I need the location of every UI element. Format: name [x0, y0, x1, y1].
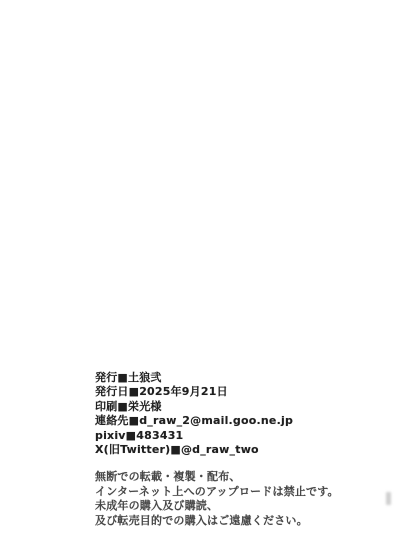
printer-line: 印刷■栄光様: [95, 400, 339, 414]
notice-line-no-reproduction: 無断での転載・複製・配布、: [95, 470, 339, 484]
scanned-colophon-page: 発行■土狼弐 発行日■2025年9月21日 印刷■栄光様 連絡先■d_raw_2…: [0, 0, 400, 556]
scan-edge-artifact: [386, 492, 391, 505]
notice-line-no-minors: 未成年の購入及び購読、: [95, 499, 339, 513]
legal-notice-block: 無断での転載・複製・配布、 インターネット上へのアップロードは禁止です。 未成年…: [95, 470, 339, 528]
pixiv-id-line: pixiv■483431: [95, 429, 339, 443]
publisher-line: 発行■土狼弐: [95, 371, 339, 385]
x-account-line: X(旧Twitter)■@d_raw_two: [95, 443, 339, 457]
contact-email-line: 連絡先■d_raw_2@mail.goo.ne.jp: [95, 414, 339, 428]
publish-date-line: 発行日■2025年9月21日: [95, 385, 339, 399]
colophon-block: 発行■土狼弐 発行日■2025年9月21日 印刷■栄光様 連絡先■d_raw_2…: [95, 371, 339, 528]
notice-line-no-resale: 及び転売目的での購入はご遠慮ください。: [95, 514, 339, 528]
publication-info-block: 発行■土狼弐 発行日■2025年9月21日 印刷■栄光様 連絡先■d_raw_2…: [95, 371, 339, 457]
notice-line-no-upload: インターネット上へのアップロードは禁止です。: [95, 485, 339, 499]
